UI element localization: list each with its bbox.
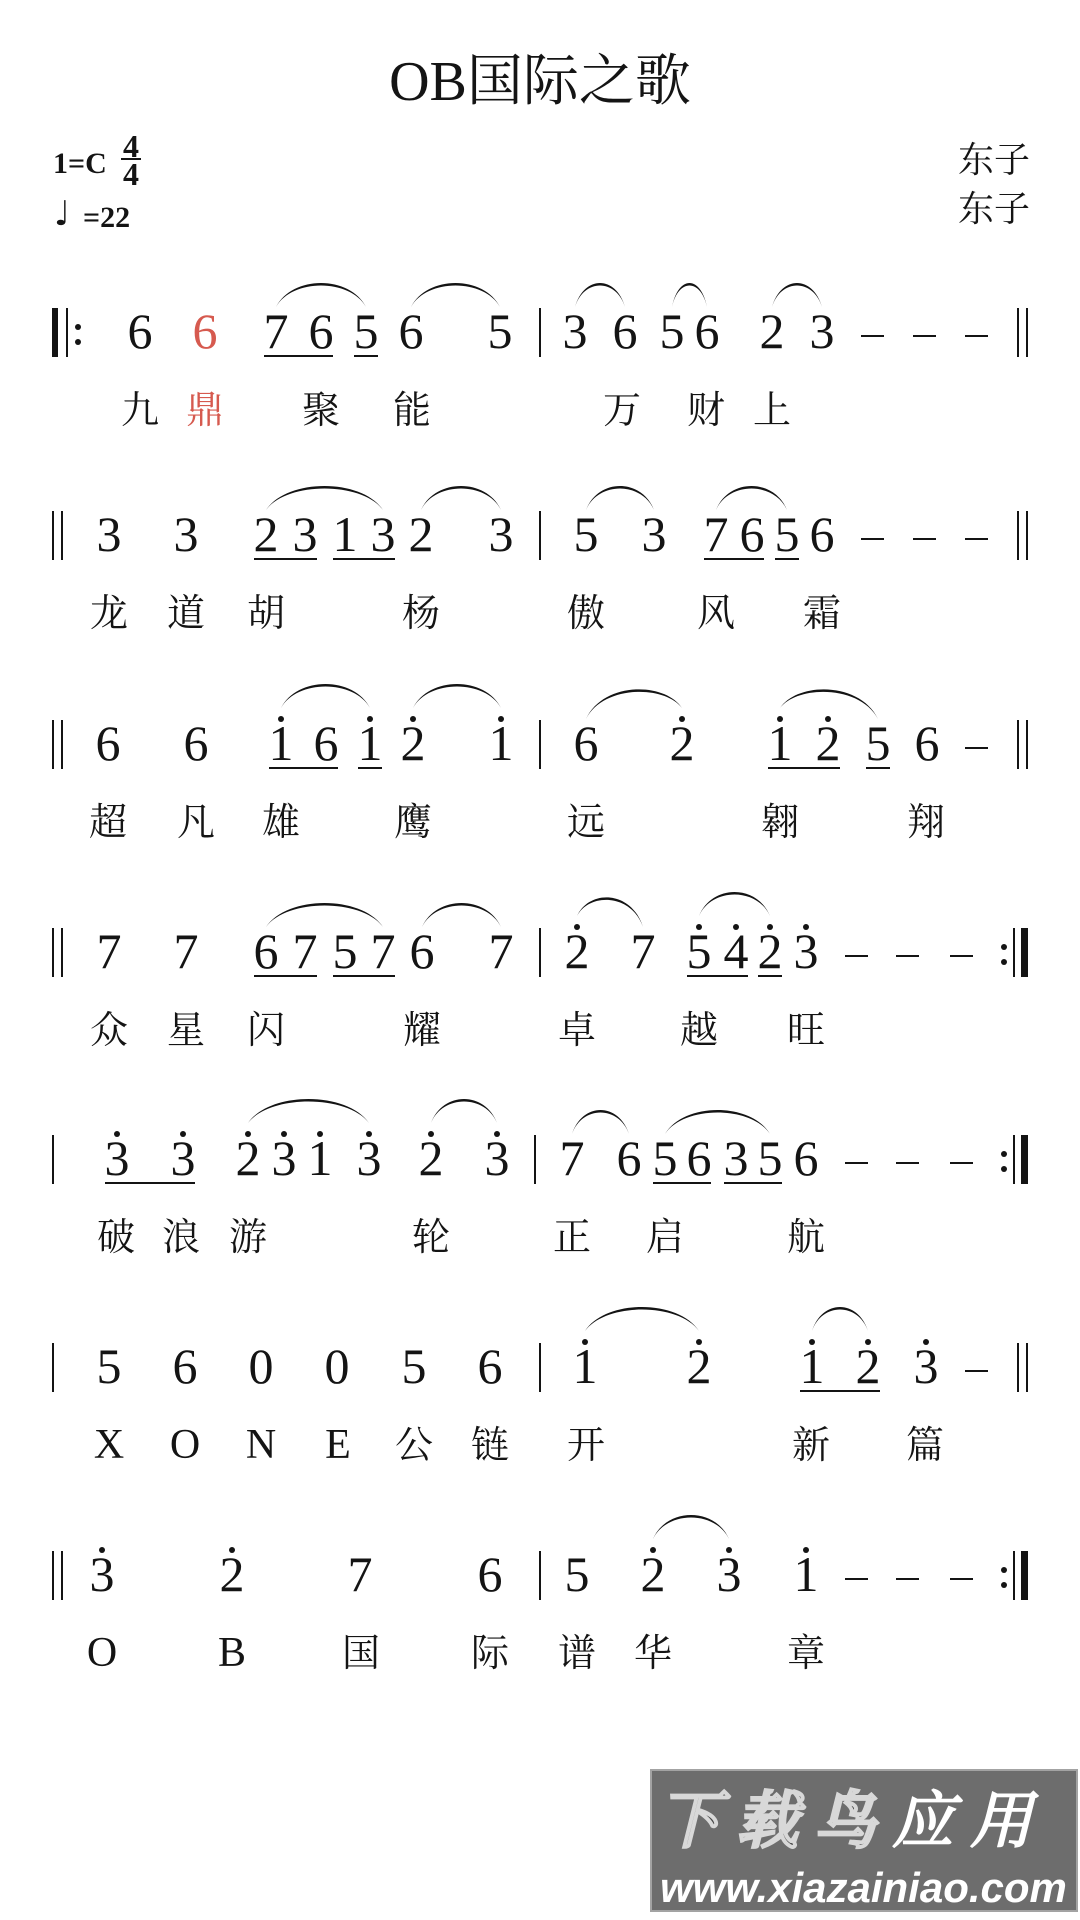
- slur-arc: [421, 486, 501, 510]
- sustain-dash: -: [913, 538, 936, 540]
- slur-arc: [431, 1099, 497, 1123]
- watermark-brand-outline: 下载鸟: [658, 1784, 892, 1857]
- lyric-syllable: 浪: [162, 1217, 200, 1257]
- lyric-syllable: 翱: [761, 802, 799, 842]
- slur-arc: [577, 897, 643, 927]
- lyric-syllable: 杨: [402, 593, 440, 633]
- lyric-syllable: 凡: [177, 802, 215, 842]
- slur-layer: [0, 861, 1080, 951]
- lyric-syllable: 胡: [247, 593, 285, 633]
- slur-arc: [281, 684, 370, 708]
- lyric-syllable: 谱: [558, 1633, 596, 1673]
- lyric-syllable: 公: [395, 1425, 433, 1465]
- sustain-dash: -: [965, 538, 988, 540]
- lyric-syllable: 轮: [412, 1217, 450, 1257]
- lyric-syllable: 越: [680, 1010, 718, 1050]
- lyric-syllable: 国: [342, 1633, 380, 1673]
- slur-arc: [772, 283, 822, 307]
- lyric-syllable: 远: [567, 802, 605, 842]
- lyric-syllable: 傲: [567, 593, 605, 633]
- slur-arc: [266, 903, 383, 927]
- lyric-syllable: 聚: [302, 390, 340, 430]
- lyric-syllable: 能: [393, 390, 431, 430]
- lyric-syllable: 航: [787, 1217, 825, 1257]
- lyric-syllable: 众: [90, 1010, 128, 1050]
- lyric-syllable: 星: [167, 1010, 205, 1050]
- lyric-syllable: 闪: [247, 1010, 285, 1050]
- sustain-dash: -: [896, 1578, 919, 1580]
- slur-arc: [672, 283, 707, 307]
- slur-arc: [665, 1110, 770, 1134]
- watermark-brand: 下载鸟应用: [658, 1785, 1048, 1857]
- slur-arc: [586, 486, 654, 510]
- lyric-syllable: 鹰: [394, 802, 432, 842]
- jianpu-score: 6676565365623---九鼎聚能万财上33231323537656---…: [0, 0, 1080, 1920]
- lyric-syllable: 篇: [906, 1425, 944, 1465]
- slur-arc: [411, 283, 500, 307]
- slur-arc: [780, 689, 878, 719]
- lyric-syllable: 财: [687, 390, 725, 430]
- lyric-syllable: 章: [787, 1633, 825, 1673]
- sustain-dash: -: [845, 1162, 868, 1164]
- slur-arc: [716, 486, 787, 510]
- slur-arc: [585, 1307, 699, 1331]
- sustain-dash: -: [965, 747, 988, 749]
- sustain-dash: -: [845, 1578, 868, 1580]
- lyric-syllable: 翔: [907, 802, 945, 842]
- sustain-dash: -: [896, 955, 919, 957]
- slur-arc: [575, 283, 625, 307]
- slur-arc: [812, 1307, 868, 1331]
- lyric-syllable: 际: [471, 1633, 509, 1673]
- lyric-syllable: N: [246, 1425, 276, 1465]
- sustain-dash: -: [950, 1162, 973, 1164]
- lyric-syllable: 破: [97, 1217, 135, 1257]
- sustain-dash: -: [950, 1578, 973, 1580]
- sustain-dash: -: [965, 1370, 988, 1372]
- slur-arc: [266, 486, 383, 510]
- slur-arc: [276, 283, 366, 307]
- slur-arc: [586, 689, 682, 719]
- slur-layer: [0, 653, 1080, 743]
- lyric-syllable: 启: [646, 1217, 684, 1257]
- slur-layer: [0, 444, 1080, 534]
- lyric-syllable: 游: [229, 1217, 267, 1257]
- lyric-syllable: 超: [89, 802, 127, 842]
- lyric-syllable: O: [87, 1633, 117, 1673]
- watermark-brand-white: 应用: [892, 1784, 1048, 1857]
- slur-layer: [0, 1484, 1080, 1574]
- lyric-syllable: 华: [634, 1633, 672, 1673]
- sustain-dash: -: [861, 335, 884, 337]
- lyric-syllable: 正: [553, 1217, 591, 1257]
- lyric-syllable: 上: [753, 390, 791, 430]
- lyric-syllable: 万: [603, 390, 641, 430]
- sustain-dash: -: [845, 955, 868, 957]
- lyric-syllable: 旺: [787, 1010, 825, 1050]
- sustain-dash: -: [913, 335, 936, 337]
- sustain-dash: -: [950, 955, 973, 957]
- lyric-syllable: B: [218, 1633, 246, 1673]
- lyric-syllable: 九: [121, 390, 159, 430]
- sustain-dash: -: [965, 335, 988, 337]
- sustain-dash: -: [896, 1162, 919, 1164]
- lyric-syllable: 卓: [558, 1010, 596, 1050]
- lyric-syllable: E: [325, 1425, 351, 1465]
- lyric-syllable: 链: [471, 1425, 509, 1465]
- lyric-syllable: 雄: [262, 802, 300, 842]
- lyric-syllable: 鼎: [186, 390, 224, 430]
- lyric-syllable: 开: [567, 1425, 605, 1465]
- sustain-dash: -: [861, 538, 884, 540]
- lyric-syllable: O: [170, 1425, 200, 1465]
- watermark-url: www.xiazainiao.com: [660, 1867, 1067, 1909]
- lyric-syllable: 道: [167, 593, 205, 633]
- slur-arc: [422, 903, 501, 927]
- slur-arc: [572, 1110, 629, 1134]
- lyric-syllable: 龙: [90, 593, 128, 633]
- slur-layer: [0, 241, 1080, 331]
- lyric-syllable: 风: [697, 593, 735, 633]
- lyric-syllable: 新: [792, 1425, 830, 1465]
- slur-arc: [413, 684, 501, 708]
- slur-arc: [248, 1099, 369, 1123]
- slur-layer: [0, 1276, 1080, 1366]
- slur-layer: [0, 1068, 1080, 1158]
- lyric-syllable: 耀: [403, 1010, 441, 1050]
- watermark-logo: 下载鸟应用 www.xiazainiao.com: [650, 1769, 1078, 1912]
- lyric-syllable: X: [94, 1425, 124, 1465]
- slur-arc: [653, 1515, 729, 1539]
- lyric-syllable: 霜: [803, 593, 841, 633]
- slur-arc: [699, 892, 770, 916]
